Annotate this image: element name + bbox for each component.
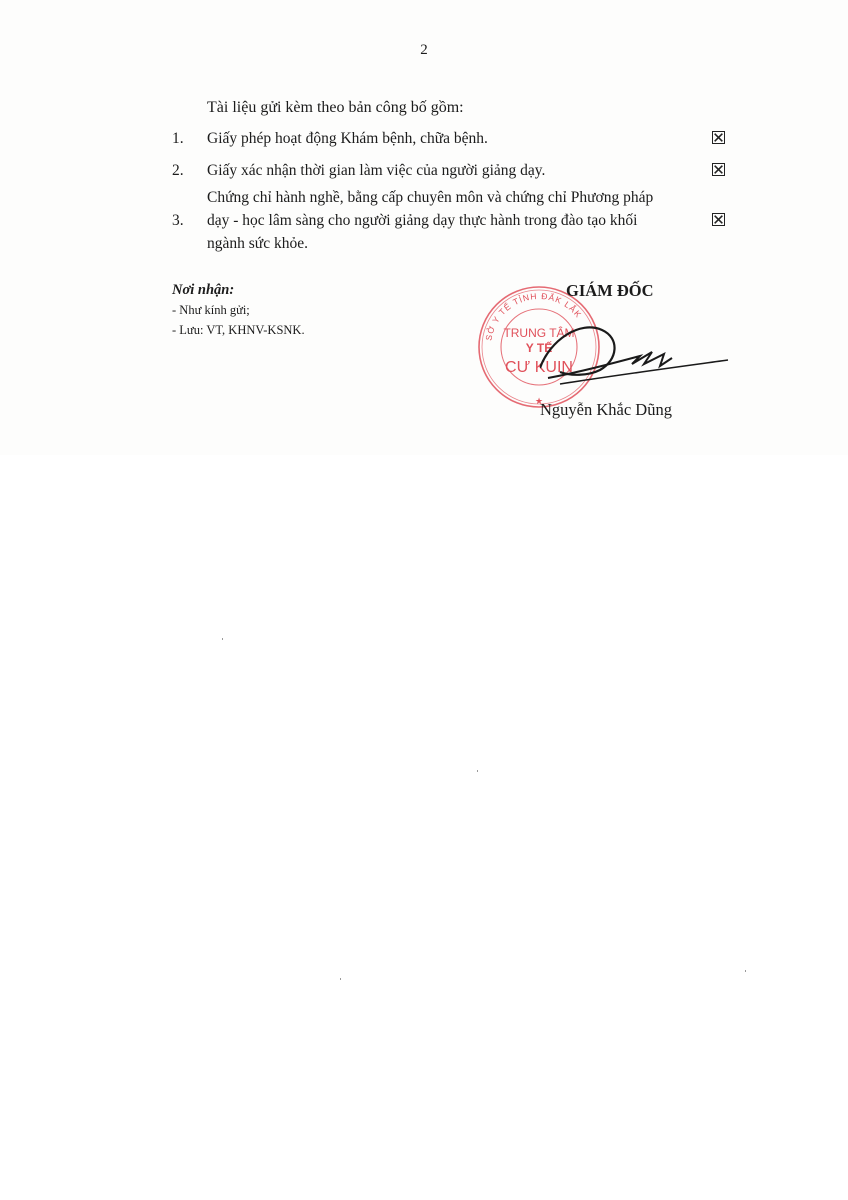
handwritten-signature-icon: [540, 320, 730, 390]
item-text: Giấy xác nhận thời gian làm việc của ngư…: [207, 159, 687, 182]
recipient-item: - Lưu: VT, KHNV-KSNK.: [172, 323, 305, 338]
signer-name: Nguyễn Khắc Dũng: [540, 400, 672, 420]
item-number: 2.: [172, 159, 184, 182]
scan-speck: [477, 770, 478, 772]
checked-x-icon: [713, 214, 724, 225]
checked-x-icon: [713, 164, 724, 175]
checkbox-item-3[interactable]: [712, 213, 725, 226]
item-text-line-3: ngành sức khỏe.: [207, 232, 687, 255]
item-text-line-2: dạy - học lâm sàng cho người giảng dạy t…: [207, 209, 687, 232]
attachments-intro: Tài liệu gửi kèm theo bản công bố gồm:: [207, 99, 464, 117]
scan-speck: [340, 978, 341, 980]
recipients-title: Nơi nhận:: [172, 282, 234, 299]
item-text: Giấy phép hoạt động Khám bệnh, chữa bệnh…: [207, 127, 687, 150]
item-number: 3.: [172, 209, 184, 232]
checked-x-icon: [713, 132, 724, 143]
scan-speck: [222, 638, 223, 640]
recipient-item: - Như kính gửi;: [172, 303, 250, 318]
item-text-line-1: Chứng chỉ hành nghề, bằng cấp chuyên môn…: [207, 186, 687, 209]
signer-title: GIÁM ĐỐC: [566, 281, 654, 301]
checkbox-item-2[interactable]: [712, 163, 725, 176]
page-number: 2: [0, 42, 848, 59]
checkbox-item-1[interactable]: [712, 131, 725, 144]
scan-speck: [745, 970, 746, 972]
item-number: 1.: [172, 127, 184, 150]
